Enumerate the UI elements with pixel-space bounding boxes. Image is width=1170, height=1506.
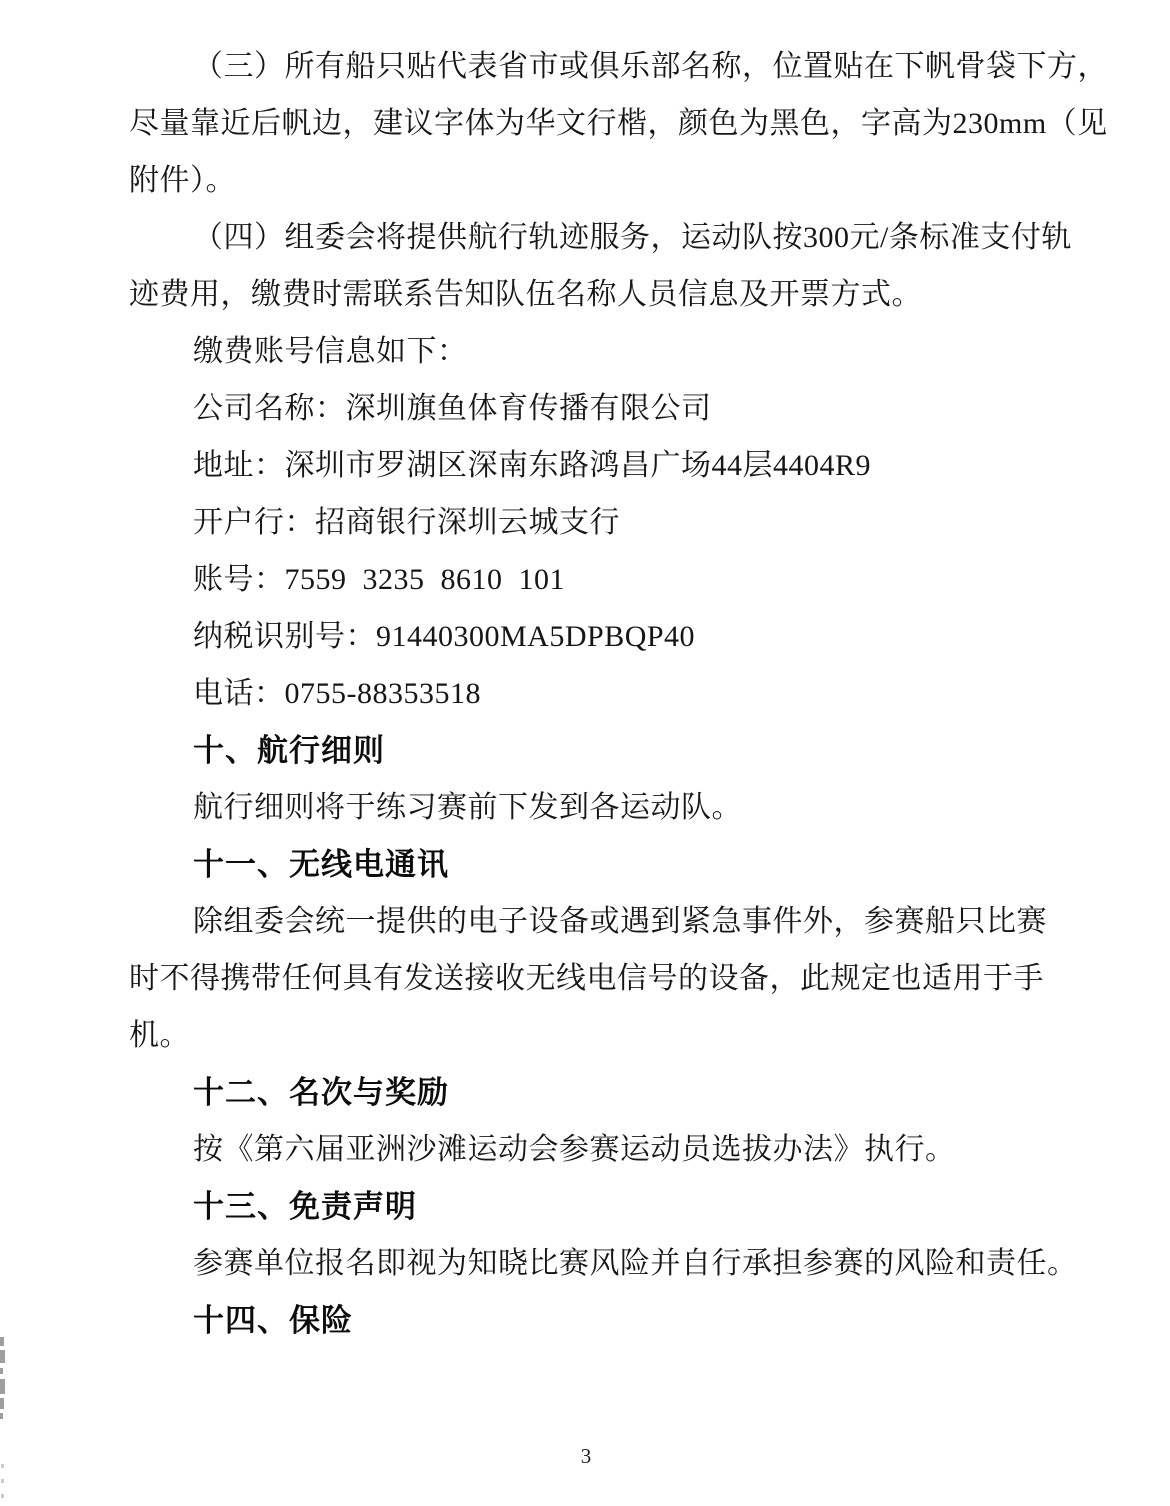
scan-artifact bbox=[1, 1464, 4, 1468]
section-heading: 十三、免责声明 bbox=[0, 1178, 1170, 1235]
text-line: 缴费账号信息如下： bbox=[0, 323, 1170, 380]
text-line: 电话：0755-88353518 bbox=[0, 665, 1170, 722]
text-line: 附件）。 bbox=[0, 152, 1170, 209]
text-line: （三）所有船只贴代表省市或俱乐部名称，位置贴在下帆骨袋下方， bbox=[0, 38, 1170, 95]
text-line: 除组委会统一提供的电子设备或遇到紧急事件外，参赛船只比赛 bbox=[0, 893, 1170, 950]
text-line: 参赛单位报名即视为知晓比赛风险并自行承担参赛的风险和责任。 bbox=[0, 1235, 1170, 1292]
text-line: 公司名称：深圳旗鱼体育传播有限公司 bbox=[0, 380, 1170, 437]
document-page: （三）所有船只贴代表省市或俱乐部名称，位置贴在下帆骨袋下方，尽量靠近后帆边，建议… bbox=[0, 0, 1170, 1506]
text-line: 迹费用，缴费时需联系告知队伍名称人员信息及开票方式。 bbox=[0, 266, 1170, 323]
text-line: 按《第六届亚洲沙滩运动会参赛运动员选拔办法》执行。 bbox=[0, 1121, 1170, 1178]
scan-artifact bbox=[0, 1413, 3, 1419]
text-line: 时不得携带任何具有发送接收无线电信号的设备，此规定也适用于手 bbox=[0, 950, 1170, 1007]
text-line: （四）组委会将提供航行轨迹服务，运动队按300元/条标准支付轨 bbox=[0, 209, 1170, 266]
text-line: 地址：深圳市罗湖区深南东路鸿昌广场44层4404R9 bbox=[0, 437, 1170, 494]
text-line: 航行细则将于练习赛前下发到各运动队。 bbox=[0, 779, 1170, 836]
text-line: 机。 bbox=[0, 1007, 1170, 1064]
section-heading: 十、航行细则 bbox=[0, 722, 1170, 779]
section-heading: 十一、无线电通讯 bbox=[0, 836, 1170, 893]
text-line: 纳税识别号：91440300MA5DPBQP40 bbox=[0, 608, 1170, 665]
text-line: 账号：7559 3235 8610 101 bbox=[0, 551, 1170, 608]
scan-artifact bbox=[1, 1494, 4, 1498]
document-body: （三）所有船只贴代表省市或俱乐部名称，位置贴在下帆骨袋下方，尽量靠近后帆边，建议… bbox=[0, 38, 1170, 1349]
scan-artifact bbox=[0, 1368, 3, 1374]
scan-artifact bbox=[1, 1479, 4, 1483]
text-line: 尽量靠近后帆边，建议字体为华文行楷，颜色为黑色，字高为230mm（见 bbox=[0, 95, 1170, 152]
scan-artifact bbox=[0, 1350, 5, 1363]
text-line: 开户行：招商银行深圳云城支行 bbox=[0, 494, 1170, 551]
section-heading: 十二、名次与奖励 bbox=[0, 1064, 1170, 1121]
section-heading: 十四、保险 bbox=[0, 1292, 1170, 1349]
scan-artifact bbox=[0, 1398, 4, 1409]
page-number: 3 bbox=[581, 1442, 592, 1470]
scan-artifact bbox=[0, 1337, 4, 1346]
scan-artifact bbox=[0, 1379, 5, 1394]
